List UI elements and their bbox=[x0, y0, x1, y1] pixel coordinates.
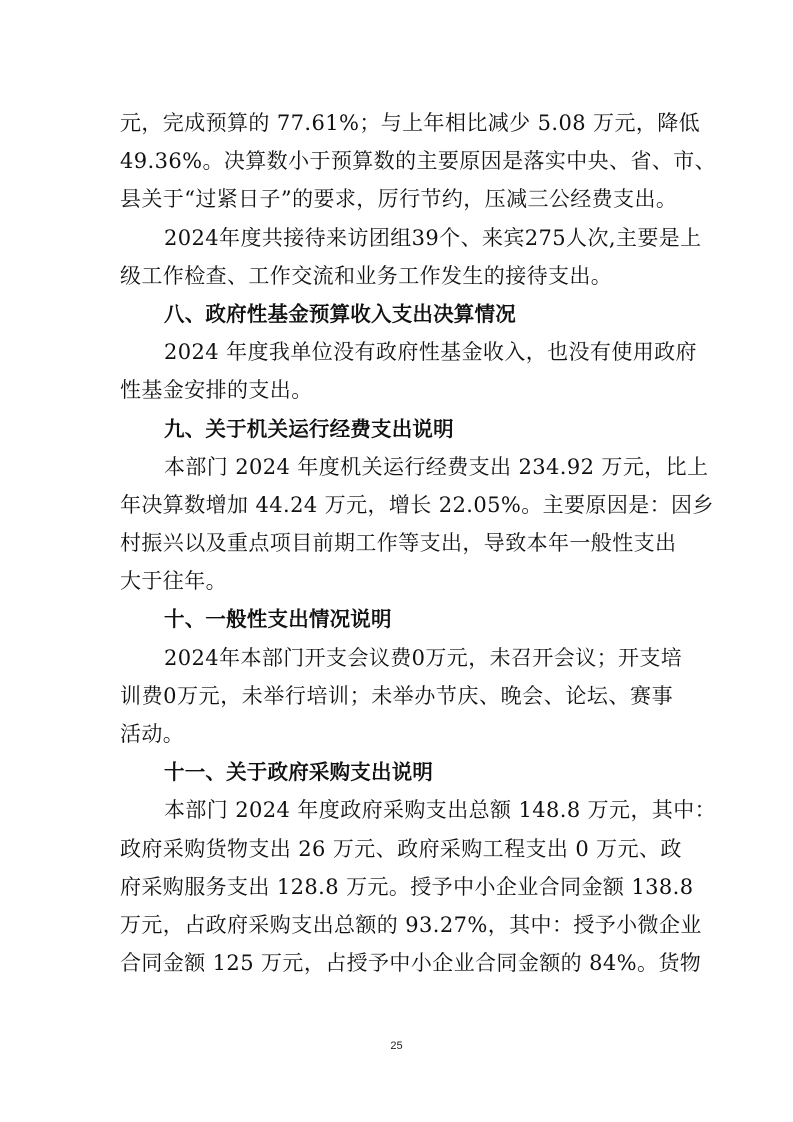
text-line: 本部门 2024 年度机关运行经费支出 234.92 万元，比上 bbox=[120, 448, 673, 486]
section-heading-government-procurement: 十一、关于政府采购支出说明 bbox=[120, 753, 673, 791]
text-line: 政府采购货物支出 26 万元、政府采购工程支出 0 万元、政 bbox=[120, 830, 673, 868]
text-line: 年决算数增加 44.24 万元，增长 22.05%。主要原因是：因乡 bbox=[120, 486, 673, 524]
text-line: 2024 年度我单位没有政府性基金收入，也没有使用政府 bbox=[120, 333, 673, 371]
paragraph-reception-budget: 元，完成预算的 77.61%；与上年相比减少 5.08 万元，降低 49.36%… bbox=[120, 104, 673, 219]
text-line: 2024年本部门开支会议费0万元，未召开会议；开支培 bbox=[120, 639, 673, 677]
section-heading-government-fund: 八、政府性基金预算收入支出决算情况 bbox=[120, 295, 673, 333]
paragraph-government-fund: 2024 年度我单位没有政府性基金收入，也没有使用政府 性基金安排的支出。 bbox=[120, 333, 673, 409]
page-number: 25 bbox=[0, 1040, 793, 1052]
text-line: 村振兴以及重点项目前期工作等支出，导致本年一般性支出 bbox=[120, 524, 673, 562]
text-line: 万元，占政府采购支出总额的 93.27%，其中：授予小微企业 bbox=[120, 906, 673, 944]
text-line: 活动。 bbox=[120, 715, 673, 753]
text-line: 大于往年。 bbox=[120, 562, 673, 600]
text-line: 2024年度共接待来访团组39个、来宾275人次,主要是上 bbox=[120, 219, 673, 257]
document-page: 元，完成预算的 77.61%；与上年相比减少 5.08 万元，降低 49.36%… bbox=[120, 104, 673, 982]
section-heading-general-expenses: 十、一般性支出情况说明 bbox=[120, 600, 673, 638]
text-line: 训费0万元，未举行培训；未举办节庆、晚会、论坛、赛事 bbox=[120, 677, 673, 715]
text-line: 级工作检查、工作交流和业务工作发生的接待支出。 bbox=[120, 257, 673, 295]
text-line: 元，完成预算的 77.61%；与上年相比减少 5.08 万元，降低 bbox=[120, 104, 673, 142]
text-line: 49.36%。决算数小于预算数的主要原因是落实中央、省、市、 bbox=[120, 142, 673, 180]
text-line: 合同金额 125 万元，占授予中小企业合同金额的 84%。货物 bbox=[120, 944, 673, 982]
text-line: 县关于“过紧日子”的要求，厉行节约，压减三公经费支出。 bbox=[120, 180, 673, 218]
paragraph-reception-visitors: 2024年度共接待来访团组39个、来宾275人次,主要是上 级工作检查、工作交流… bbox=[120, 219, 673, 295]
text-line: 性基金安排的支出。 bbox=[120, 371, 673, 409]
paragraph-government-procurement: 本部门 2024 年度政府采购支出总额 148.8 万元，其中： 政府采购货物支… bbox=[120, 791, 673, 982]
paragraph-general-expenses: 2024年本部门开支会议费0万元，未召开会议；开支培 训费0万元，未举行培训；未… bbox=[120, 639, 673, 754]
text-line: 府采购服务支出 128.8 万元。授予中小企业合同金额 138.8 bbox=[120, 868, 673, 906]
paragraph-operating-expenses: 本部门 2024 年度机关运行经费支出 234.92 万元，比上 年决算数增加 … bbox=[120, 448, 673, 601]
section-heading-operating-expenses: 九、关于机关运行经费支出说明 bbox=[120, 410, 673, 448]
text-line: 本部门 2024 年度政府采购支出总额 148.8 万元，其中： bbox=[120, 791, 673, 829]
